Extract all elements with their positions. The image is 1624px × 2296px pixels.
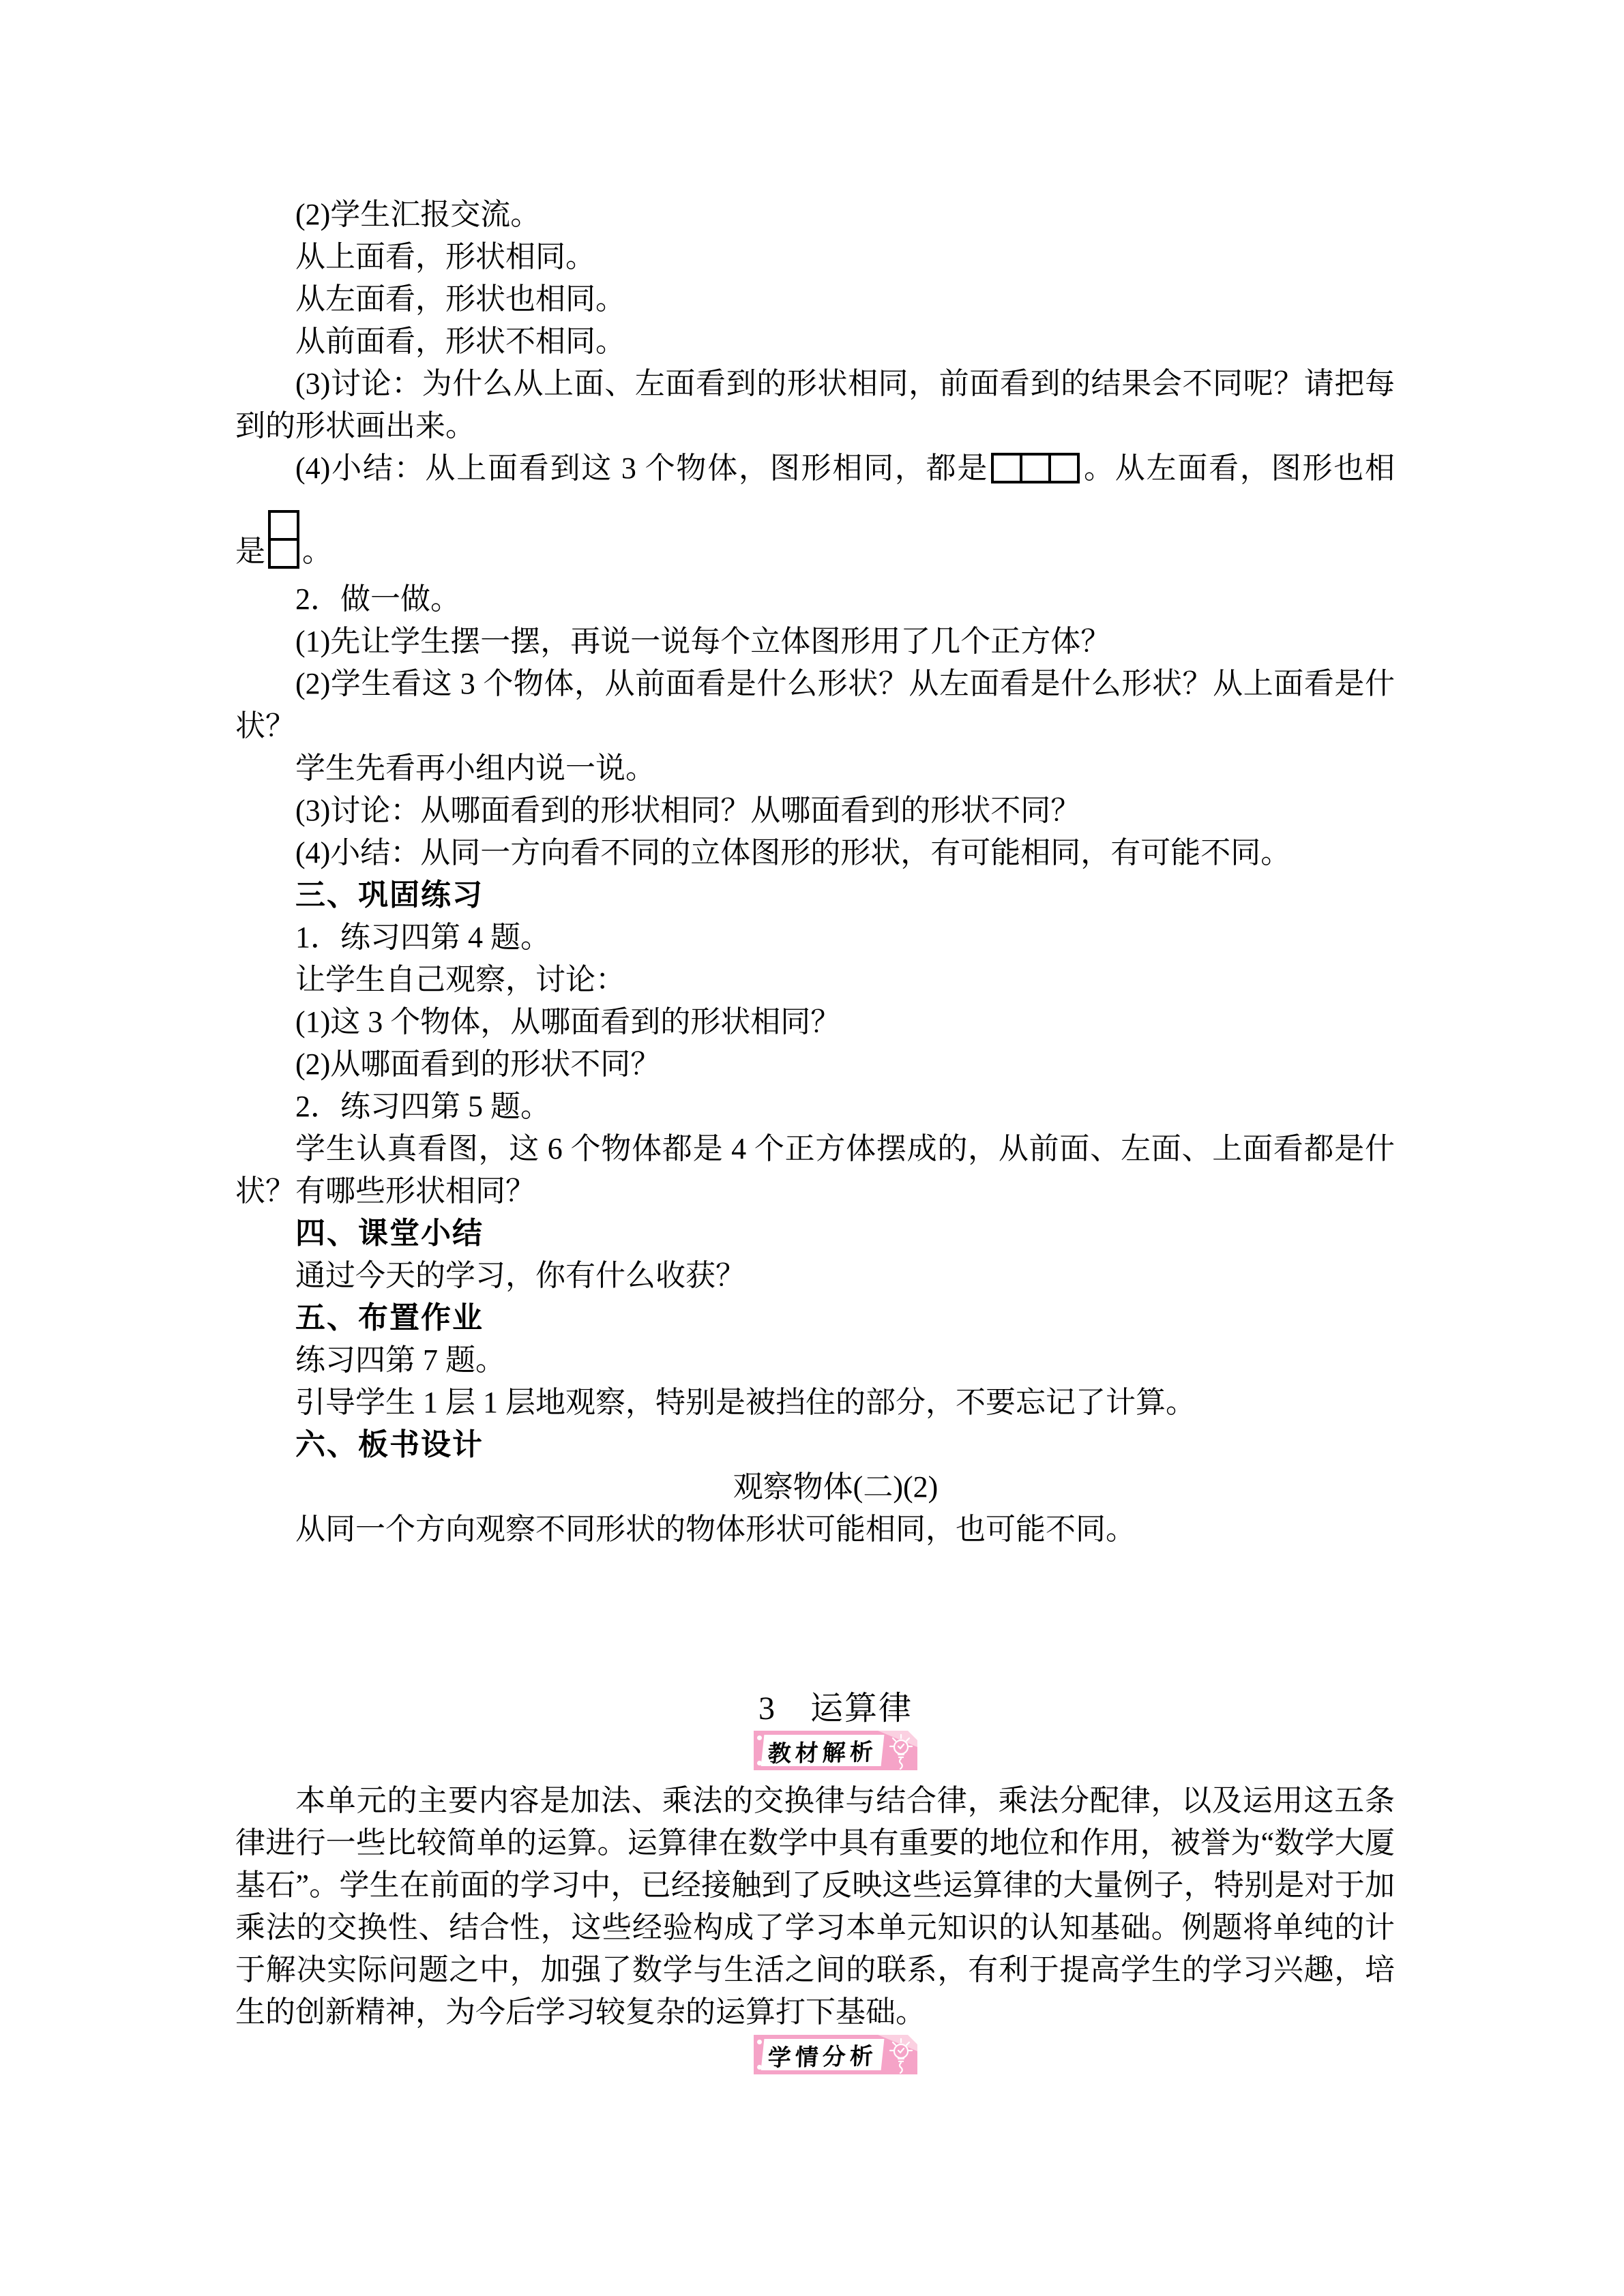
- section-gap: [235, 1551, 1395, 1687]
- text-line: (2)学生汇报交流。: [235, 194, 1395, 236]
- badge-dot: [757, 1735, 762, 1740]
- heading-review-practice: 三、巩固练习: [235, 874, 1395, 916]
- text-line: 从前面看，形状不相同。: [235, 320, 1395, 363]
- badge-dot: [757, 2040, 762, 2044]
- badge-label: 学情分析: [767, 2037, 878, 2072]
- text-line: 1．练习四第 4 题。: [235, 916, 1395, 959]
- text-line: 生的创新精神，为今后学习较复杂的运算打下基础。: [235, 1991, 1395, 2033]
- badge-learning-analysis: 学情分析: [754, 2035, 917, 2074]
- text-line: 本单元的主要内容是加法、乘法的交换律与结合律，乘法分配律，以及运用这五条运算: [235, 1780, 1395, 1822]
- badge-textbook-analysis: 教材解析: [754, 1731, 917, 1770]
- lesson-plan-content: (2)学生汇报交流。 从上面看，形状相同。 从左面看，形状也相同。 从前面看，形…: [235, 194, 1395, 2074]
- text-line: (1)这 3 个物体，从哪面看到的形状相同？: [235, 1001, 1395, 1043]
- text-line: 学生认真看图，这 6 个物体都是 4 个正方体摆成的，从前面、左面、上面看都是什…: [235, 1128, 1395, 1170]
- lightbulb-icon: [887, 2037, 915, 2074]
- summary-line-top-view: (4)小结：从上面看到这 3 个物体，图形相同，都是。从左面看，图形也相同，都: [235, 447, 1395, 490]
- text-line: (3)讨论：为什么从上面、左面看到的形状相同，前面看到的结果会不同呢？请把每面看: [235, 363, 1395, 405]
- two-squares-figure: [268, 510, 299, 569]
- text-line: (2)从哪面看到的形状不同？: [235, 1043, 1395, 1086]
- text-line: (3)讨论：从哪面看到的形状相同？从哪面看到的形状不同？: [235, 790, 1395, 832]
- section-number-title: 3 运算律: [256, 1687, 1415, 1731]
- board-design-title: 观察物体(二)(2): [256, 1466, 1415, 1508]
- text-line: 到的形状画出来。: [235, 405, 1395, 447]
- summary-line-post: 。: [302, 535, 332, 569]
- three-squares-figure: [991, 453, 1080, 483]
- textbook-analysis-paragraph: 本单元的主要内容是加法、乘法的交换律与结合律，乘法分配律，以及运用这五条运算 律…: [235, 1770, 1395, 2033]
- text-line: 乘法的交换性、结合性，这些经验构成了学习本单元知识的认知基础。例题将单纯的计算融: [235, 1907, 1395, 1949]
- heading-class-summary: 四、课堂小结: [235, 1212, 1395, 1255]
- badge-label: 教材解析: [767, 1733, 878, 1768]
- text-line: 2．做一做。: [235, 578, 1395, 621]
- summary-line-left-view: 是 。: [235, 490, 1395, 578]
- lightbulb-icon: [887, 1733, 915, 1770]
- text-line: 通过今天的学习，你有什么收获？: [235, 1255, 1395, 1297]
- text-line: (4)小结：从同一方向看不同的立体图形的形状，有可能相同，有可能不同。: [235, 832, 1395, 874]
- text-line: 让学生自己观察，讨论：: [235, 959, 1395, 1001]
- text-line: 状？: [235, 705, 1395, 747]
- heading-board-design: 六、板书设计: [235, 1424, 1395, 1466]
- summary-line-pre: (4)小结：从上面看到这 3 个物体，图形相同，都是: [295, 451, 988, 485]
- text-line: 学生先看再小组内说一说。: [235, 747, 1395, 790]
- text-line: (1)先让学生摆一摆，再说一说每个立体图形用了几个正方体？: [235, 621, 1395, 663]
- heading-homework: 五、布置作业: [235, 1297, 1395, 1339]
- text-line: 2．练习四第 5 题。: [235, 1086, 1395, 1128]
- summary-line-pre: 是: [235, 535, 265, 569]
- text-line: 从左面看，形状也相同。: [235, 278, 1395, 320]
- text-line: (2)学生看这 3 个物体，从前面看是什么形状？从左面看是什么形状？从上面看是什…: [235, 663, 1395, 705]
- text-line: 于解决实际问题之中，加强了数学与生活之间的联系，有利于提高学生的学习兴趣，培养学: [235, 1949, 1395, 1991]
- text-line: 引导学生 1 层 1 层地观察，特别是被挡住的部分，不要忘记了计算。: [235, 1382, 1395, 1424]
- text-line: 从同一个方向观察不同形状的物体形状可能相同，也可能不同。: [235, 1508, 1395, 1551]
- document-page: { "document": { "lines_a": [ "(2)学生汇报交流。…: [0, 0, 1624, 2296]
- text-line: 基石”。学生在前面的学习中，已经接触到了反映这些运算律的大量例子，特别是对于加法…: [235, 1864, 1395, 1907]
- text-line: 从上面看，形状相同。: [235, 236, 1395, 278]
- text-line: 状？有哪些形状相同？: [235, 1170, 1395, 1212]
- text-line: 练习四第 7 题。: [235, 1339, 1395, 1382]
- text-line: 律进行一些比较简单的运算。运算律在数学中具有重要的地位和作用，被誉为“数学大厦的: [235, 1822, 1395, 1864]
